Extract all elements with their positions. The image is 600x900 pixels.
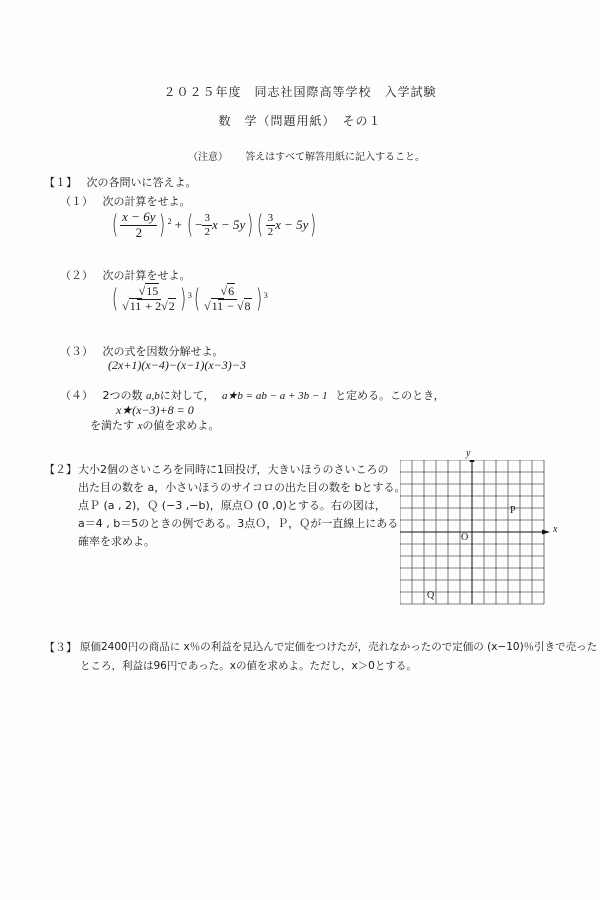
q1-2-heading: （２） 次の計算をせよ。 [60, 267, 191, 283]
x-axis-arrow-icon [542, 530, 550, 535]
q1-2-expression: ( √15 √11 + 2√2 )3 ( √6 √11 − √8 )3 [110, 284, 268, 314]
coordinate-grid-figure: y x O P Q [400, 460, 560, 613]
operator: − [227, 299, 234, 313]
q1-4-instruction: を満たす xの値を求めよ。 [90, 417, 219, 433]
fraction-numerator: 3 [266, 212, 276, 225]
y-axis-arrow-icon [470, 460, 475, 462]
fraction-denominator: 2 [266, 226, 276, 238]
fraction-numerator: x − 6y [120, 210, 157, 225]
operation-definition: a★b = ab − a + 3b − 1 [222, 390, 328, 402]
term: x − 5y [275, 217, 308, 233]
plus-sign: + [175, 217, 182, 233]
note-text: 答えはすべて解答用紙に記入すること。 [245, 152, 425, 163]
q1-1-expression: ( x − 6y2 )2 + ( − 32 x − 5y )( 32 x − 5… [110, 210, 319, 240]
q1-1-text: 次の計算をせよ。 [103, 195, 191, 208]
q1-4-label: （４） [60, 389, 93, 402]
note: （注意） 答えはすべて解答用紙に記入すること。 [188, 148, 425, 163]
question-3-line-1: 原価2400円の商品に x％の利益を見込んで定価をつけたが，売れなかったので定価… [80, 639, 597, 654]
q1-1-heading: （１） 次の計算をせよ。 [60, 193, 191, 209]
operator: + 2 [145, 299, 161, 313]
exponent: 3 [188, 291, 192, 300]
q1-4-equation: x★(x−3)+8 = 0 [116, 403, 194, 418]
q1-3-label: （３） [60, 345, 93, 358]
fraction-numerator: 3 [202, 212, 212, 225]
q1-2-text: 次の計算をせよ。 [103, 269, 191, 282]
q1-4-text: の値を求めよ。 [142, 419, 219, 432]
fraction-denominator: 2 [202, 226, 212, 238]
radicand: 2 [168, 298, 176, 313]
question-1-label: 【１】 [44, 176, 77, 189]
question-2-text: 大小2個のさいころを同時に1回投げ，大きいほうのさいころの 出た目の数を a，小… [78, 461, 406, 551]
y-axis-label: y [466, 448, 470, 459]
q1-4-text: に対して， [160, 389, 215, 402]
question-3-label: 【３】 [44, 639, 77, 655]
q1-4-text: を満たす [90, 419, 134, 432]
q2-line: 大小2個のさいころを同時に1回投げ，大きいほうのさいころの [78, 461, 406, 479]
radicand: 11 [129, 298, 143, 313]
coordinate-grid [400, 460, 560, 610]
q1-4-text: と定める。このとき， [335, 389, 445, 402]
q1-4-text: 2つの数 [103, 389, 143, 402]
question-1-text: 次の各問いに答えよ。 [87, 176, 197, 189]
q1-3-heading: （３） 次の式を因数分解せよ。 [60, 343, 224, 359]
exam-subtitle: 数 学（問題用紙） その１ [0, 112, 600, 129]
x-axis-label: x [553, 524, 557, 535]
radicand: 8 [244, 298, 252, 313]
q2-line: 出た目の数を a，小さいほうのサイコロの出た目の数を bとする。 [78, 479, 406, 497]
q1-2-label: （２） [60, 269, 93, 282]
note-label: （注意） [188, 152, 228, 163]
q1-3-expression: (2x+1)(x−4)−(x−1)(x−3)−3 [108, 358, 246, 373]
q2-line: 確率を求めよ。 [78, 533, 406, 551]
q1-4-heading: （４） 2つの数 a,bに対して， a★b = ab − a + 3b − 1 … [60, 387, 445, 403]
q1-1-label: （１） [60, 195, 93, 208]
origin-label: O [461, 532, 468, 543]
radicand: 15 [145, 283, 159, 298]
question-2-label: 【２】 [44, 461, 77, 477]
question-3-line-2: ところ，利益は96円であった。xの値を求めよ。ただし，x＞0とする。 [80, 658, 417, 673]
question-1-heading: 【１】 次の各問いに答えよ。 [44, 174, 197, 190]
exam-title: ２０２５年度 同志社国際高等学校 入学試験 [0, 83, 600, 100]
exponent: 3 [264, 291, 268, 300]
term: x − 5y [212, 217, 245, 233]
q2-line: a＝4 , b＝5のときの例である。3点Ｏ，Ｐ，Ｑが一直線上にある [78, 515, 406, 533]
point-q-label: Q [427, 590, 434, 601]
variables: a,b [146, 390, 160, 402]
radicand: 11 [211, 298, 225, 313]
minus-sign: − [195, 217, 202, 233]
exponent: 2 [168, 217, 172, 226]
point-p-label: P [510, 505, 516, 516]
q1-3-text: 次の式を因数分解せよ。 [103, 345, 224, 358]
q2-line: 点Ｐ (a , 2)，Ｑ (−3 ,−b)，原点Ｏ (0 ,0)とする。右の図は… [78, 497, 406, 515]
fraction-denominator: 2 [134, 226, 145, 240]
radicand: 6 [227, 283, 235, 298]
